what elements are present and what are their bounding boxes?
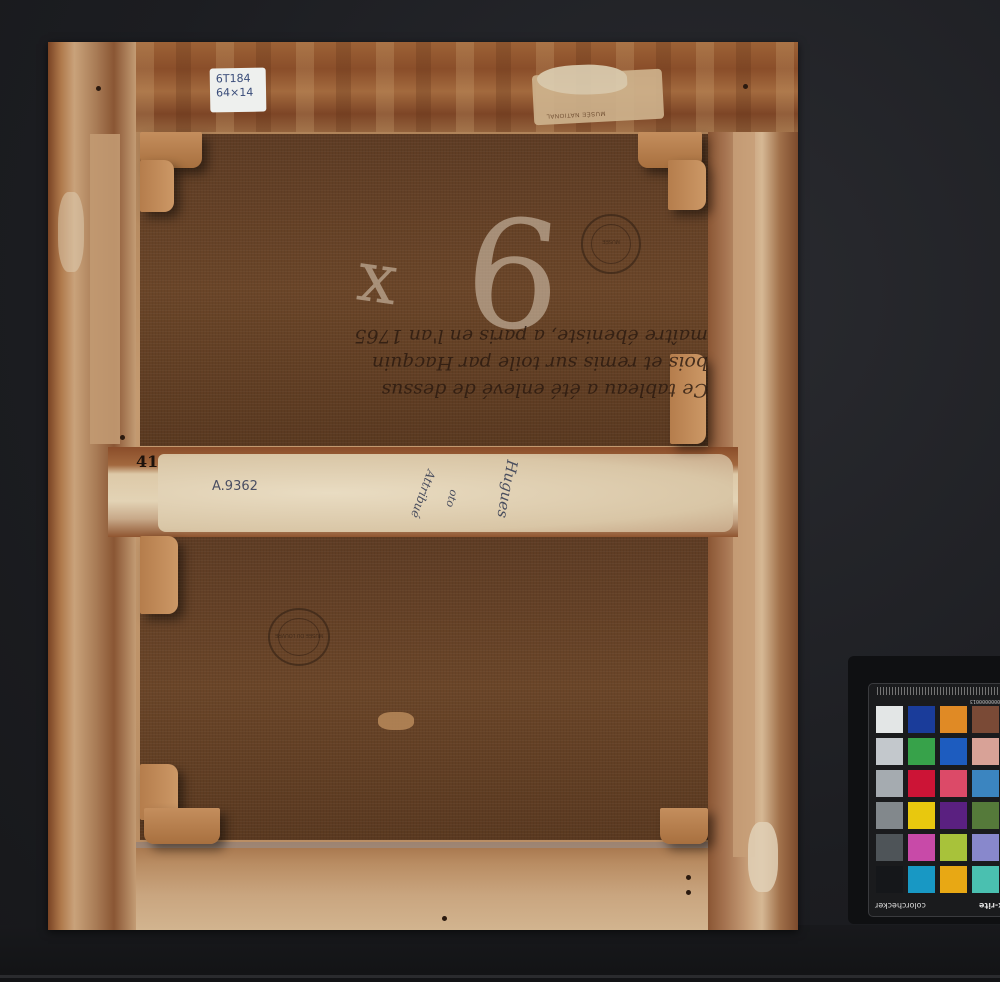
nail-hole: [442, 916, 447, 921]
color-patch: [940, 770, 967, 797]
plaster-stain: [58, 192, 84, 272]
color-patch: [876, 802, 903, 829]
color-patch: [876, 866, 903, 893]
color-patch: [908, 866, 935, 893]
museum-stamp: MUSÉE: [581, 214, 641, 274]
color-patch: [908, 834, 935, 861]
museum-stamp: MUSÉE DU LOUVRE: [268, 608, 330, 666]
old-label-text: MUSÉE NATIONAL: [546, 110, 606, 119]
color-patch: [972, 706, 999, 733]
canvas-panel-bottom: [140, 534, 708, 840]
handwritten-inscription: Ce tableau a été enlevé de dessus bois e…: [188, 322, 708, 403]
inscription-line: maître ébeniste, a paris en l'an 1765: [188, 322, 708, 349]
color-patch: [940, 738, 967, 765]
checker-brand: colorchecker: [875, 901, 926, 910]
frame-bottom-rail: [136, 842, 708, 930]
color-patch: [908, 738, 935, 765]
stamp-text: MUSÉE DU LOUVRE: [270, 632, 328, 638]
stretcher-key: [660, 808, 708, 844]
color-patch: [908, 802, 935, 829]
inscription-line: Ce tableau a été enlevé de dessus: [188, 376, 708, 403]
color-patch: [940, 802, 967, 829]
color-patch: [972, 770, 999, 797]
checker-serial: #0000000013: [970, 698, 1000, 704]
canvas-stain: [378, 712, 414, 730]
old-printed-label: MUSÉE NATIONAL: [532, 69, 664, 126]
label-line-2: 64×14: [216, 86, 266, 101]
stretcher-key: [144, 808, 220, 844]
nail-hole: [96, 86, 101, 91]
nail-hole: [120, 435, 125, 440]
color-patch: [876, 738, 903, 765]
table-edge-line: [0, 975, 1000, 978]
color-checker-card: #0000000013 colorchecker x-rite: [868, 683, 1000, 917]
color-patch: [940, 866, 967, 893]
nail-hole: [686, 875, 691, 880]
color-patch: [972, 834, 999, 861]
checker-ruler: [877, 687, 1000, 695]
color-patch: [940, 834, 967, 861]
color-patch: [972, 738, 999, 765]
color-patch: [876, 834, 903, 861]
color-patch: [908, 770, 935, 797]
color-patch-grid: [876, 706, 999, 893]
inventory-number: A.9362: [212, 479, 258, 494]
inventory-label-card: 6T184 64×14: [210, 68, 267, 113]
inscription-line: bois et remis sur toile par Hacquin: [188, 349, 708, 376]
label-line-1: 6T184: [216, 72, 266, 87]
plaster-stain: [748, 822, 778, 892]
color-patch: [876, 706, 903, 733]
color-patch: [876, 770, 903, 797]
checker-maker-logo: x-rite: [979, 901, 1000, 910]
nail-hole: [743, 84, 748, 89]
color-patch: [940, 706, 967, 733]
color-patch: [972, 802, 999, 829]
painting-frame-back: 6T184 64×14 MUSÉE NATIONAL x 9 MUSÉE MUS…: [48, 42, 798, 930]
color-patch: [908, 706, 935, 733]
stretcher-key: [668, 160, 706, 210]
stretcher-key: [140, 536, 178, 614]
ink-mark: 41: [136, 452, 158, 471]
table-surface: [0, 925, 1000, 982]
color-patch: [972, 866, 999, 893]
stretcher-key: [140, 160, 174, 212]
stamp-text: MUSÉE: [583, 238, 639, 244]
nail-hole: [686, 890, 691, 895]
